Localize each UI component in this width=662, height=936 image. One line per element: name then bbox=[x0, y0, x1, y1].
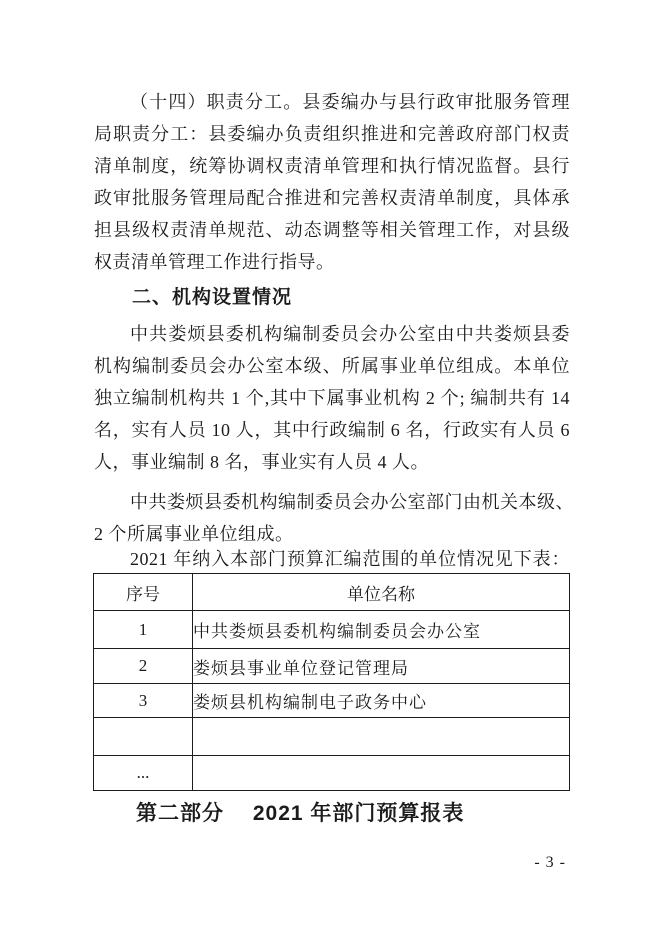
paragraph-line: （十四）职责分工。县委编办与县行政审批服务管理 bbox=[94, 86, 570, 118]
table-cell-serial bbox=[94, 718, 193, 756]
table-cell-unit-name bbox=[193, 756, 570, 791]
table-header-serial: 序号 bbox=[94, 574, 193, 611]
table-row: 1 中共娄烦县委机构编制委员会办公室 bbox=[94, 611, 570, 649]
paragraph-dept-composition: 中共娄烦县委机构编制委员会办公室部门由机关本级、 2 个所属事业单位组成。 bbox=[94, 486, 570, 550]
paragraph-line: 机构编制委员会办公室本级、所属事业单位组成。本单位 bbox=[94, 350, 570, 382]
table-row: ... bbox=[94, 756, 570, 791]
table-row: 3 娄烦县机构编制电子政务中心 bbox=[94, 684, 570, 718]
paragraph-line: 2021 年纳入本部门预算汇编范围的单位情况见下表： bbox=[94, 543, 570, 575]
paragraph-line: 权责清单管理工作进行指导。 bbox=[94, 246, 570, 278]
paragraph-line: 局职责分工：县委编办负责组织推进和完善政府部门权责 bbox=[94, 118, 570, 150]
paragraph-responsibilities: （十四）职责分工。县委编办与县行政审批服务管理 局职责分工：县委编办负责组织推进… bbox=[94, 86, 570, 278]
paragraph-table-intro: 2021 年纳入本部门预算汇编范围的单位情况见下表： bbox=[94, 543, 570, 575]
table-cell-serial: 3 bbox=[94, 684, 193, 718]
part-two-heading: 第二部分 2021 年部门预算报表 bbox=[94, 797, 570, 831]
section-heading-org-setup: 二、机构设置情况 bbox=[94, 282, 570, 314]
document-page: （十四）职责分工。县委编办与县行政审批服务管理 局职责分工：县委编办负责组织推进… bbox=[0, 0, 662, 936]
page-number: - 3 - bbox=[94, 851, 566, 875]
paragraph-line: 中共娄烦县委机构编制委员会办公室由中共娄烦县委 bbox=[94, 318, 570, 350]
table-cell-unit-name: 娄烦县事业单位登记管理局 bbox=[193, 649, 570, 684]
paragraph-line: 政审批服务管理局配合推进和完善权责清单制度，具体承 bbox=[94, 182, 570, 214]
table-cell-serial: 1 bbox=[94, 611, 193, 649]
paragraph-org-composition: 中共娄烦县委机构编制委员会办公室由中共娄烦县委 机构编制委员会办公室本级、所属事… bbox=[94, 318, 570, 478]
table-cell-serial: 2 bbox=[94, 649, 193, 684]
table-row bbox=[94, 718, 570, 756]
table-cell-serial: ... bbox=[94, 756, 193, 791]
table-cell-unit-name bbox=[193, 718, 570, 756]
paragraph-line: 独立编制机构共 1 个,其中下属事业机构 2 个; 编制共有 14 bbox=[94, 382, 570, 414]
paragraph-line: 名，实有人员 10 人，其中行政编制 6 名，行政实有人员 6 bbox=[94, 414, 570, 446]
table-cell-unit-name: 中共娄烦县委机构编制委员会办公室 bbox=[193, 611, 570, 649]
paragraph-line: 清单制度，统筹协调权责清单管理和执行情况监督。县行 bbox=[94, 150, 570, 182]
units-table: 序号 单位名称 1 中共娄烦县委机构编制委员会办公室 2 娄烦县事业单位登记管理… bbox=[93, 573, 570, 791]
table-header-row: 序号 单位名称 bbox=[94, 574, 570, 611]
paragraph-line: 担县级权责清单规范、动态调整等相关管理工作，对县级 bbox=[94, 214, 570, 246]
paragraph-line: 中共娄烦县委机构编制委员会办公室部门由机关本级、 bbox=[94, 486, 570, 518]
paragraph-line: 人，事业编制 8 名，事业实有人员 4 人。 bbox=[94, 446, 570, 478]
table-cell-unit-name: 娄烦县机构编制电子政务中心 bbox=[193, 684, 570, 718]
table-header-unit-name: 单位名称 bbox=[193, 574, 570, 611]
table-row: 2 娄烦县事业单位登记管理局 bbox=[94, 649, 570, 684]
